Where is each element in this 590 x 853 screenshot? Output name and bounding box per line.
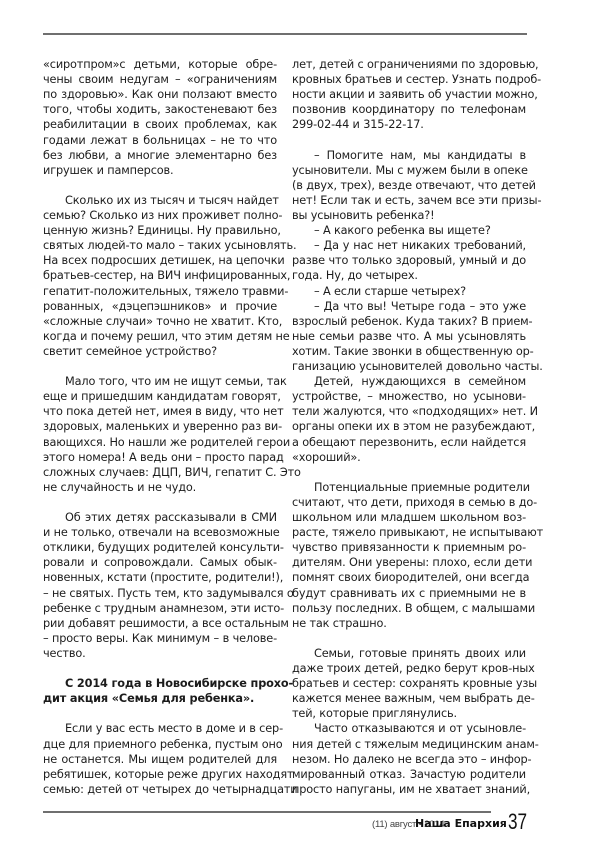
text-line: незом. Но далеко не всегда это – инфор- — [292, 752, 526, 767]
text-line: считают, что дети, приходя в семью в до- — [292, 495, 526, 510]
text-line: по здоровью». Как они ползают вместо — [43, 87, 277, 102]
text-line: сложных случаев: ДЦП, ВИЧ, гепатит С. Эт… — [43, 465, 277, 480]
text-line: того, чтобы ходить, закостеневают без — [43, 102, 277, 117]
bold-heading-line: С 2014 года в Новосибирске прохо- — [43, 676, 277, 691]
text-line: ния детей с тяжелым медицинским анам- — [292, 737, 526, 752]
text-line: Часто отказываются и от усыновле- — [292, 721, 526, 736]
text-line: «сиротпром»с детьми, которые обре- — [43, 57, 277, 72]
text-line: Сколько их из тысяч и тысяч найдет — [43, 193, 277, 208]
text-line: лет, детей с ограничениями по здоровью, — [292, 57, 526, 72]
text-line: – А если старше четырех? — [292, 284, 526, 299]
page-number: 37 — [508, 809, 527, 835]
text-line: ценную жизнь? Единицы. Ну правильно, — [43, 223, 277, 238]
text-line: что пока детей нет, имея в виду, что нет — [43, 404, 277, 419]
paragraph-gap — [43, 495, 277, 510]
text-line: здоровых, маленьких и уверенно раз ви- — [43, 419, 277, 434]
text-line: ребятишек, которые реже других находят — [43, 767, 277, 782]
text-line: усыновители. Мы с мужем были в опеке — [292, 163, 526, 178]
text-line: Семьи, готовые принять двоих или — [292, 646, 526, 661]
text-line: когда и почему решил, что этим детям не — [43, 329, 277, 344]
text-line: На всех подросших детишек, на цепочки — [43, 253, 277, 268]
text-line: братьев и сестер: сохранять кровные узы — [292, 676, 526, 691]
text-line: тели жалуются, что «подходящих» нет. И — [292, 404, 526, 419]
text-line: кровных братьев и сестер. Узнать подроб- — [292, 72, 526, 87]
text-line: расте, тяжело привыкают, не испытывают — [292, 525, 526, 540]
text-line: хотим. Такие звонки в общественную ор- — [292, 344, 526, 359]
text-line: – Да у нас нет никаких требований, — [292, 238, 526, 253]
text-line: дце для приемного ребенка, пустым оно — [43, 737, 277, 752]
text-line: еще и пришедшим кандидатам говорят, — [43, 389, 277, 404]
text-line: органы опеки их в этом не разубеждают, — [292, 419, 526, 434]
text-line: будут сравнивать их с приемными не в — [292, 586, 526, 601]
text-line: – просто веры. Как минимум – в челове- — [43, 631, 277, 646]
text-line: не случайность и не чудо. — [43, 480, 277, 495]
text-line: вы усыновить ребенка?! — [292, 208, 526, 223]
bold-heading-line: дит акция «Семья для ребенка». — [43, 691, 277, 706]
text-line: рованных, «дэцепэшников» и прочие — [43, 299, 277, 314]
text-line: ровали и сопровождали. Самых обык- — [43, 555, 277, 570]
paragraph-gap — [292, 631, 526, 646]
text-line: «хороший». — [292, 450, 526, 465]
text-line: помнят своих биородителей, они всегда — [292, 570, 526, 585]
text-line: этого номера! А ведь они – просто парад — [43, 450, 277, 465]
text-line: не так страшно. — [292, 616, 526, 631]
text-line: взрослый ребенок. Куда таких? В прием- — [292, 314, 526, 329]
text-line: дителям. Они уверены: плохо, если дети — [292, 555, 526, 570]
text-line: Об этих детях рассказывали в СМИ — [43, 510, 277, 525]
text-line: 299-02-44 и 315-22-17. — [292, 117, 526, 132]
text-line: Детей, нуждающихся в семейном — [292, 374, 526, 389]
text-line: семью: детей от четырех до четырнадцати — [43, 782, 277, 797]
text-line: года. Ну, до четырех. — [292, 268, 526, 283]
paragraph-gap — [292, 133, 526, 148]
paragraph-gap — [43, 661, 277, 676]
paragraph-gap — [43, 178, 277, 193]
text-line: Потенциальные приемные родители — [292, 480, 526, 495]
text-line: – не святых. Пусть тем, кто задумывался … — [43, 586, 277, 601]
text-line: ности акции и заявить об участии можно, — [292, 87, 526, 102]
text-line: позвонив координатору по телефонам — [292, 102, 526, 117]
text-line: семью? Сколько из них проживет полно- — [43, 208, 277, 223]
text-line: – Да что вы! Четыре года – это уже — [292, 299, 526, 314]
text-line: братьев-сестер, на ВИЧ инфицированных, — [43, 268, 277, 283]
text-line: разве что только здоровый, умный и до — [292, 253, 526, 268]
text-line: ребенке с трудным анамнезом, эти исто- — [43, 601, 277, 616]
text-line: чувство привязанности к приемным ро- — [292, 540, 526, 555]
text-line: устройстве, – множество, но усынови- — [292, 389, 526, 404]
text-line: рии добавят решимости, а все остальным — [43, 616, 277, 631]
text-line: кажется менее важным, чем выбрать де- — [292, 691, 526, 706]
bottom-rule — [43, 811, 491, 813]
text-line: пользу последних. В общем, с малышами — [292, 601, 526, 616]
text-line: не останется. Мы ищем родителей для — [43, 752, 277, 767]
paragraph-gap — [292, 465, 526, 480]
text-line: мированный отказ. Зачастую родители — [292, 767, 526, 782]
text-line: вающихся. Но нашли же родителей герои — [43, 435, 277, 450]
text-line: без любви, а многие элементарно без — [43, 148, 277, 163]
text-line: школьном или младшем школьном воз- — [292, 510, 526, 525]
text-line: просто напуганы, им не хватает знаний, — [292, 782, 526, 797]
text-line: отклики, будущих родителей консульти- — [43, 540, 277, 555]
magazine-title: Наша Епархия — [415, 817, 507, 830]
text-line: чество. — [43, 646, 277, 661]
text-line: нет! Если так и есть, зачем все эти приз… — [292, 193, 526, 208]
text-line: – Помогите нам, мы кандидаты в — [292, 148, 526, 163]
text-line: и не только, отвечали на всевозможные — [43, 525, 277, 540]
text-line: – А какого ребенка вы ищете? — [292, 223, 526, 238]
text-line: ные семьи разве что. А мы усыновлять — [292, 329, 526, 344]
top-rule — [43, 33, 527, 35]
paragraph-gap — [43, 706, 277, 721]
text-line: игрушек и памперсов. — [43, 163, 277, 178]
text-line: «сложные случаи» точно не хватит. Кто, — [43, 314, 277, 329]
text-line: Мало того, что им не ищут семьи, так — [43, 374, 277, 389]
text-line: реабилитации в своих проблемах, как — [43, 117, 277, 132]
text-line: даже троих детей, редко берут кров-ных — [292, 661, 526, 676]
text-line: годами лежат в больницах – не то что — [43, 133, 277, 148]
text-line: а обещают перезвонить, если найдется — [292, 435, 526, 450]
text-line: святых людей-то мало – таких усыновлять. — [43, 238, 277, 253]
paragraph-gap — [43, 359, 277, 374]
text-line: новенных, кстати (простите, родители!), — [43, 570, 277, 585]
text-line: Если у вас есть место в доме и в сер- — [43, 721, 277, 736]
text-line: чены своим недугам – «ограничениям — [43, 72, 277, 87]
text-line: (в двух, трех), везде отвечают, что дете… — [292, 178, 526, 193]
text-line: тей, которые приглянулись. — [292, 706, 526, 721]
text-line: ганизацию усыновителей довольно часты. — [292, 359, 526, 374]
text-line: гепатит-положительных, тяжело травми- — [43, 284, 277, 299]
text-line: светит семейное устройство? — [43, 344, 277, 359]
